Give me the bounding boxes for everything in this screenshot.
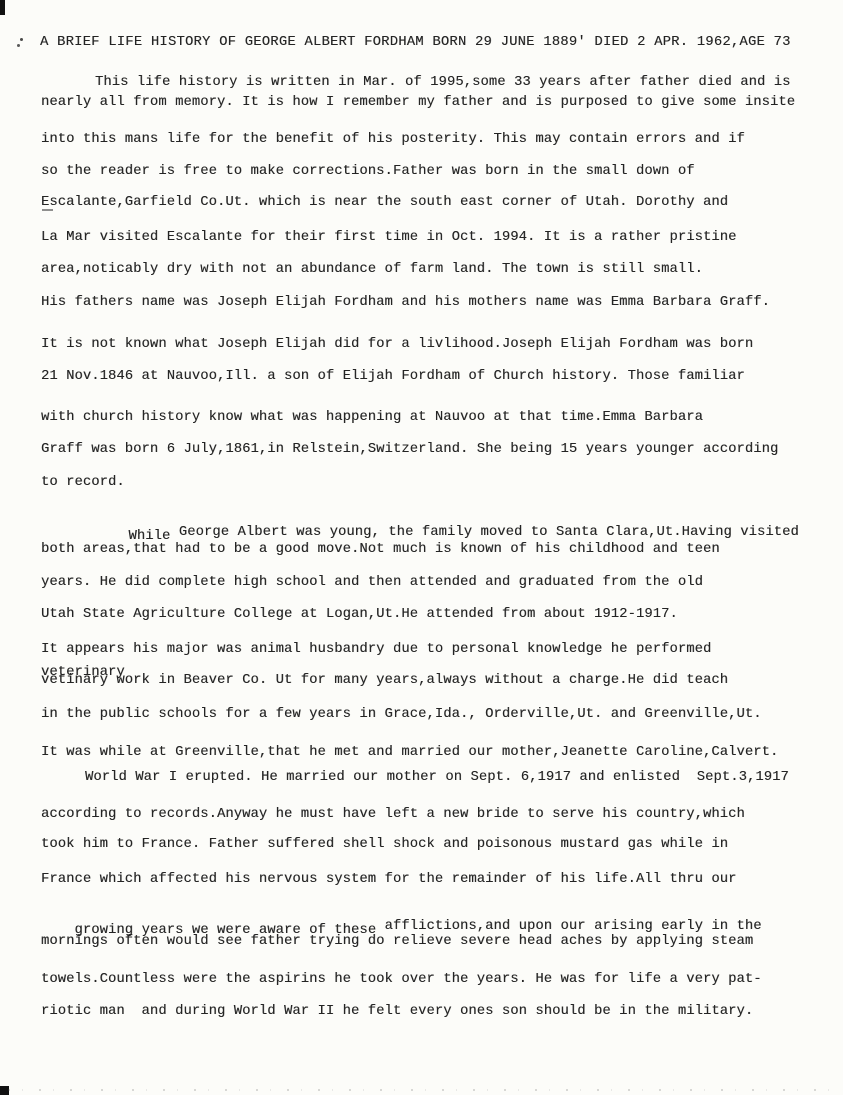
text-line: years. He did complete high school and t… <box>41 575 703 591</box>
text-line: mornings often would see father trying d… <box>41 934 753 950</box>
text-line: His fathers name was Joseph Elijah Fordh… <box>41 295 770 311</box>
text-line: to record. <box>41 475 125 491</box>
scan-artifact-title-dot-2 <box>17 44 20 47</box>
text-line: Graff was born 6 July,1861,in Relstein,S… <box>41 442 778 458</box>
text-line: It was while at Greenville,that he met a… <box>41 745 778 761</box>
text-line: La Mar visited Escalante for their first… <box>41 230 737 246</box>
text-line: nearly all from memory. It is how I reme… <box>41 95 795 111</box>
text-line: riotic man and during World War II he fe… <box>41 1004 753 1020</box>
text-line: Utah State Agriculture College at Logan,… <box>41 607 678 623</box>
document-title: A BRIEF LIFE HISTORY OF GEORGE ALBERT FO… <box>40 35 791 51</box>
scan-artifact-title-dot-1 <box>20 38 23 41</box>
text-line: It appears his major was animal husbandr… <box>41 642 711 658</box>
scan-artifact-bottom-edge <box>8 1089 836 1091</box>
raised-segment: afflictions,and upon our arising early i… <box>385 919 762 935</box>
line-continuation: George Albert was young, the family move… <box>170 525 798 540</box>
text-line: so the reader is free to make correction… <box>41 164 695 180</box>
text-line: towels.Countless were the aspirins he to… <box>41 972 762 988</box>
text-line: into this mans life for the benefit of h… <box>41 132 745 148</box>
text-line: 21 Nov.1846 at Nauvoo,Ill. a son of Elij… <box>41 369 745 385</box>
text-line: France which affected his nervous system… <box>41 872 737 888</box>
text-line: according to records.Anyway he must have… <box>41 807 745 823</box>
text-line: This life history is written in Mar. of … <box>95 75 791 91</box>
text-line: in the public schools for a few years in… <box>41 707 762 723</box>
text-line: both areas,that had to be a good move.No… <box>41 542 720 558</box>
text-line: vetinary work in Beaver Co. Ut for many … <box>41 673 728 689</box>
scanned-document-page: A BRIEF LIFE HISTORY OF GEORGE ALBERT FO… <box>0 0 843 1095</box>
text-line: Escalante,Garfield Co.Ut. which is near … <box>41 195 728 211</box>
text-line: with church history know what was happen… <box>41 410 703 426</box>
scan-artifact-top-left <box>0 0 5 15</box>
text-line: area,noticably dry with not an abundance… <box>41 262 703 278</box>
text-line: World War I erupted. He married our moth… <box>85 770 789 786</box>
text-line: took him to France. Father suffered shel… <box>41 837 728 853</box>
text-line: It is not known what Joseph Elijah did f… <box>41 337 753 353</box>
